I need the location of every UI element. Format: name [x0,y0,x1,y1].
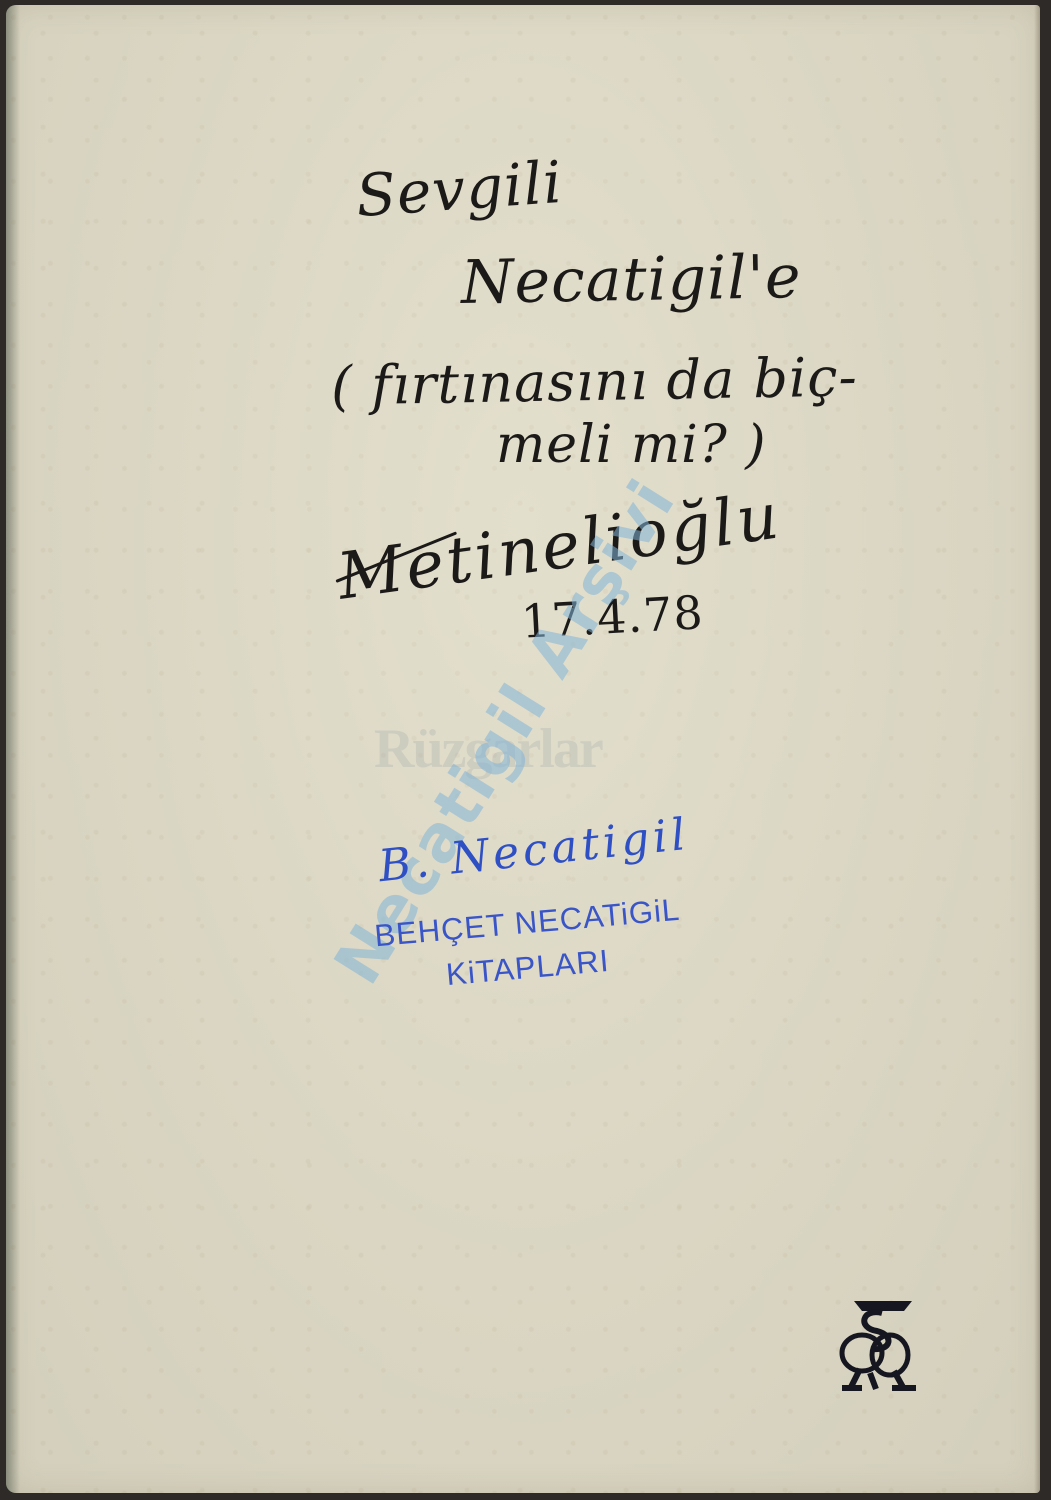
ownership-stamp-line-2: KiTAPLARI [445,943,611,993]
dedication-line-1: Sevgili [354,148,565,230]
spine-shadow [6,5,20,1493]
dedication-line-3: ( fırtınasını da biç- [330,345,858,417]
dedication-line-4: meli mi? ) [496,415,767,475]
publisher-monogram-icon [832,1293,922,1393]
book-page: Rüzgarlar Sevgili Necatigil'e ( fırtınas… [6,5,1040,1493]
dedication-line-2: Necatigil'e [460,242,802,318]
page-edge [1034,5,1040,1493]
